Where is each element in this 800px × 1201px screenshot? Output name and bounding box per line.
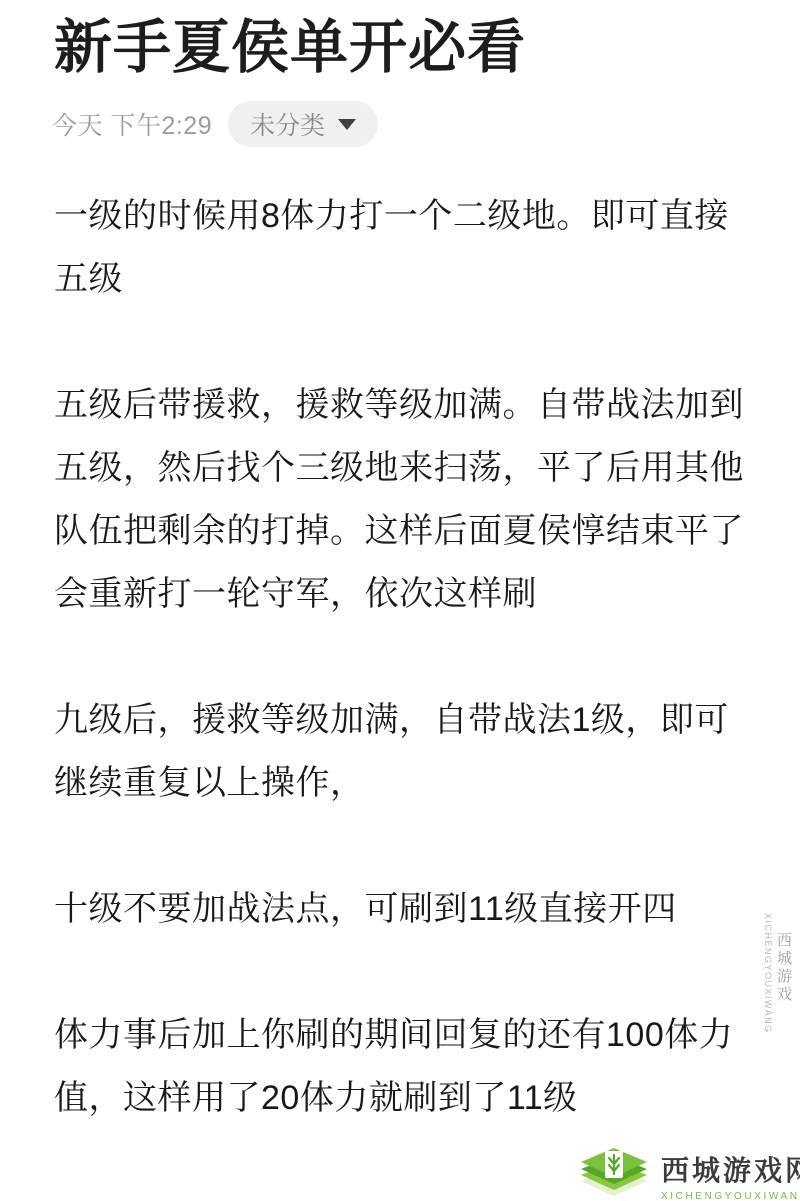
site-logo: 西城游戏网 XICHENGYOUXIWANG (577, 1144, 800, 1201)
note-body: 一级的时候用8体力打一个二级地。即可直接五级五级后带援救，援救等级加满。自带战法… (54, 185, 746, 1130)
site-logo-icon (577, 1144, 651, 1201)
category-chip[interactable]: 未分类 (228, 101, 378, 147)
category-label: 未分类 (250, 106, 325, 142)
site-logo-text: 西城游戏网 XICHENGYOUXIWANG (661, 1149, 800, 1201)
chevron-down-icon (338, 119, 356, 130)
vertical-watermark-cn: 西城游戏 (773, 932, 794, 1004)
note-meta-row: 今天 下午2:29 未分类 (52, 101, 746, 147)
note-title: 新手夏侯单开必看 (54, 12, 746, 85)
site-logo-name: 西城游戏网 (661, 1149, 800, 1189)
vertical-watermark: 西城游戏 XICHENGYOUXIWANG (763, 903, 794, 1034)
site-logo-name-en: XICHENGYOUXIWANG (661, 1191, 800, 1201)
note-page: 新手夏侯单开必看 今天 下午2:29 未分类 一级的时候用8体力打一个二级地。即… (0, 0, 800, 1201)
note-timestamp: 今天 下午2:29 (52, 106, 212, 142)
note-paragraph: 五级后带援救，援救等级加满。自带战法加到五级，然后找个三级地来扫荡，平了后用其他… (54, 374, 746, 626)
note-paragraph: 十级不要加战法点，可刷到11级直接开四 (54, 878, 746, 941)
vertical-watermark-en: XICHENGYOUXIWANG (763, 913, 773, 1034)
note-paragraph: 一级的时候用8体力打一个二级地。即可直接五级 (54, 185, 746, 311)
note-paragraph: 九级后，援救等级加满，自带战法1级，即可继续重复以上操作， (54, 689, 746, 815)
note-paragraph: 体力事后加上你刷的期间回复的还有100体力值，这样用了20体力就刷到了11级 (54, 1004, 746, 1130)
